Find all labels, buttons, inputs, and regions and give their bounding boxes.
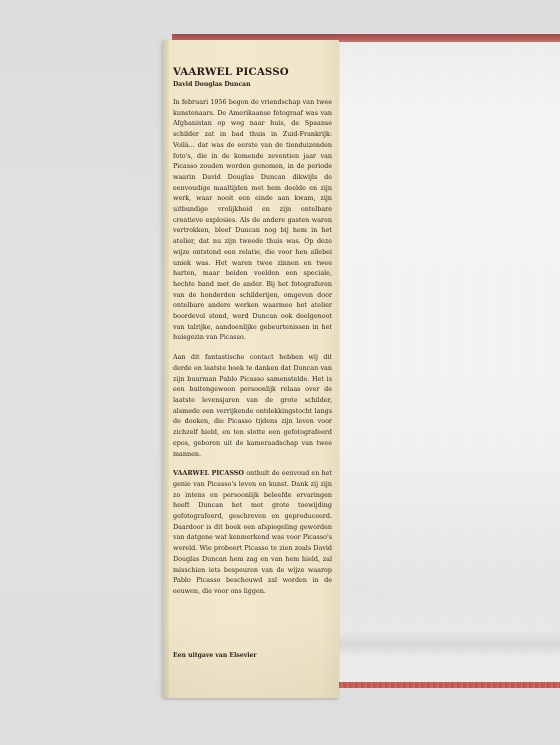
paragraph-lead-title: VAARWEL PICASSO (173, 469, 244, 477)
flap-paragraph-3: VAARWEL PICASSO onthult de eenvoud en he… (173, 468, 332, 596)
book-title: VAARWEL PICASSO (173, 66, 332, 78)
flap-text-block: VAARWEL PICASSO David Douglas Duncan In … (173, 66, 332, 606)
flap-fold-edge (163, 40, 169, 698)
paragraph-text: onthult de eenvoud en het genie van Pica… (173, 469, 332, 595)
jacket-flap: VAARWEL PICASSO David Douglas Duncan In … (163, 40, 339, 698)
book-author: David Douglas Duncan (173, 81, 332, 88)
flap-paragraph-2: Aan dit fantastische contact hebben wij … (173, 352, 332, 459)
publisher-line: Een uitgave van Elsevier (173, 652, 257, 659)
flap-paragraph-1: In februari 1956 begon de vriendschap va… (173, 97, 332, 343)
paragraph-text: Aan dit fantastische contact hebben wij … (173, 353, 332, 457)
paragraph-text: In februari 1956 begon de vriendschap va… (173, 98, 332, 341)
